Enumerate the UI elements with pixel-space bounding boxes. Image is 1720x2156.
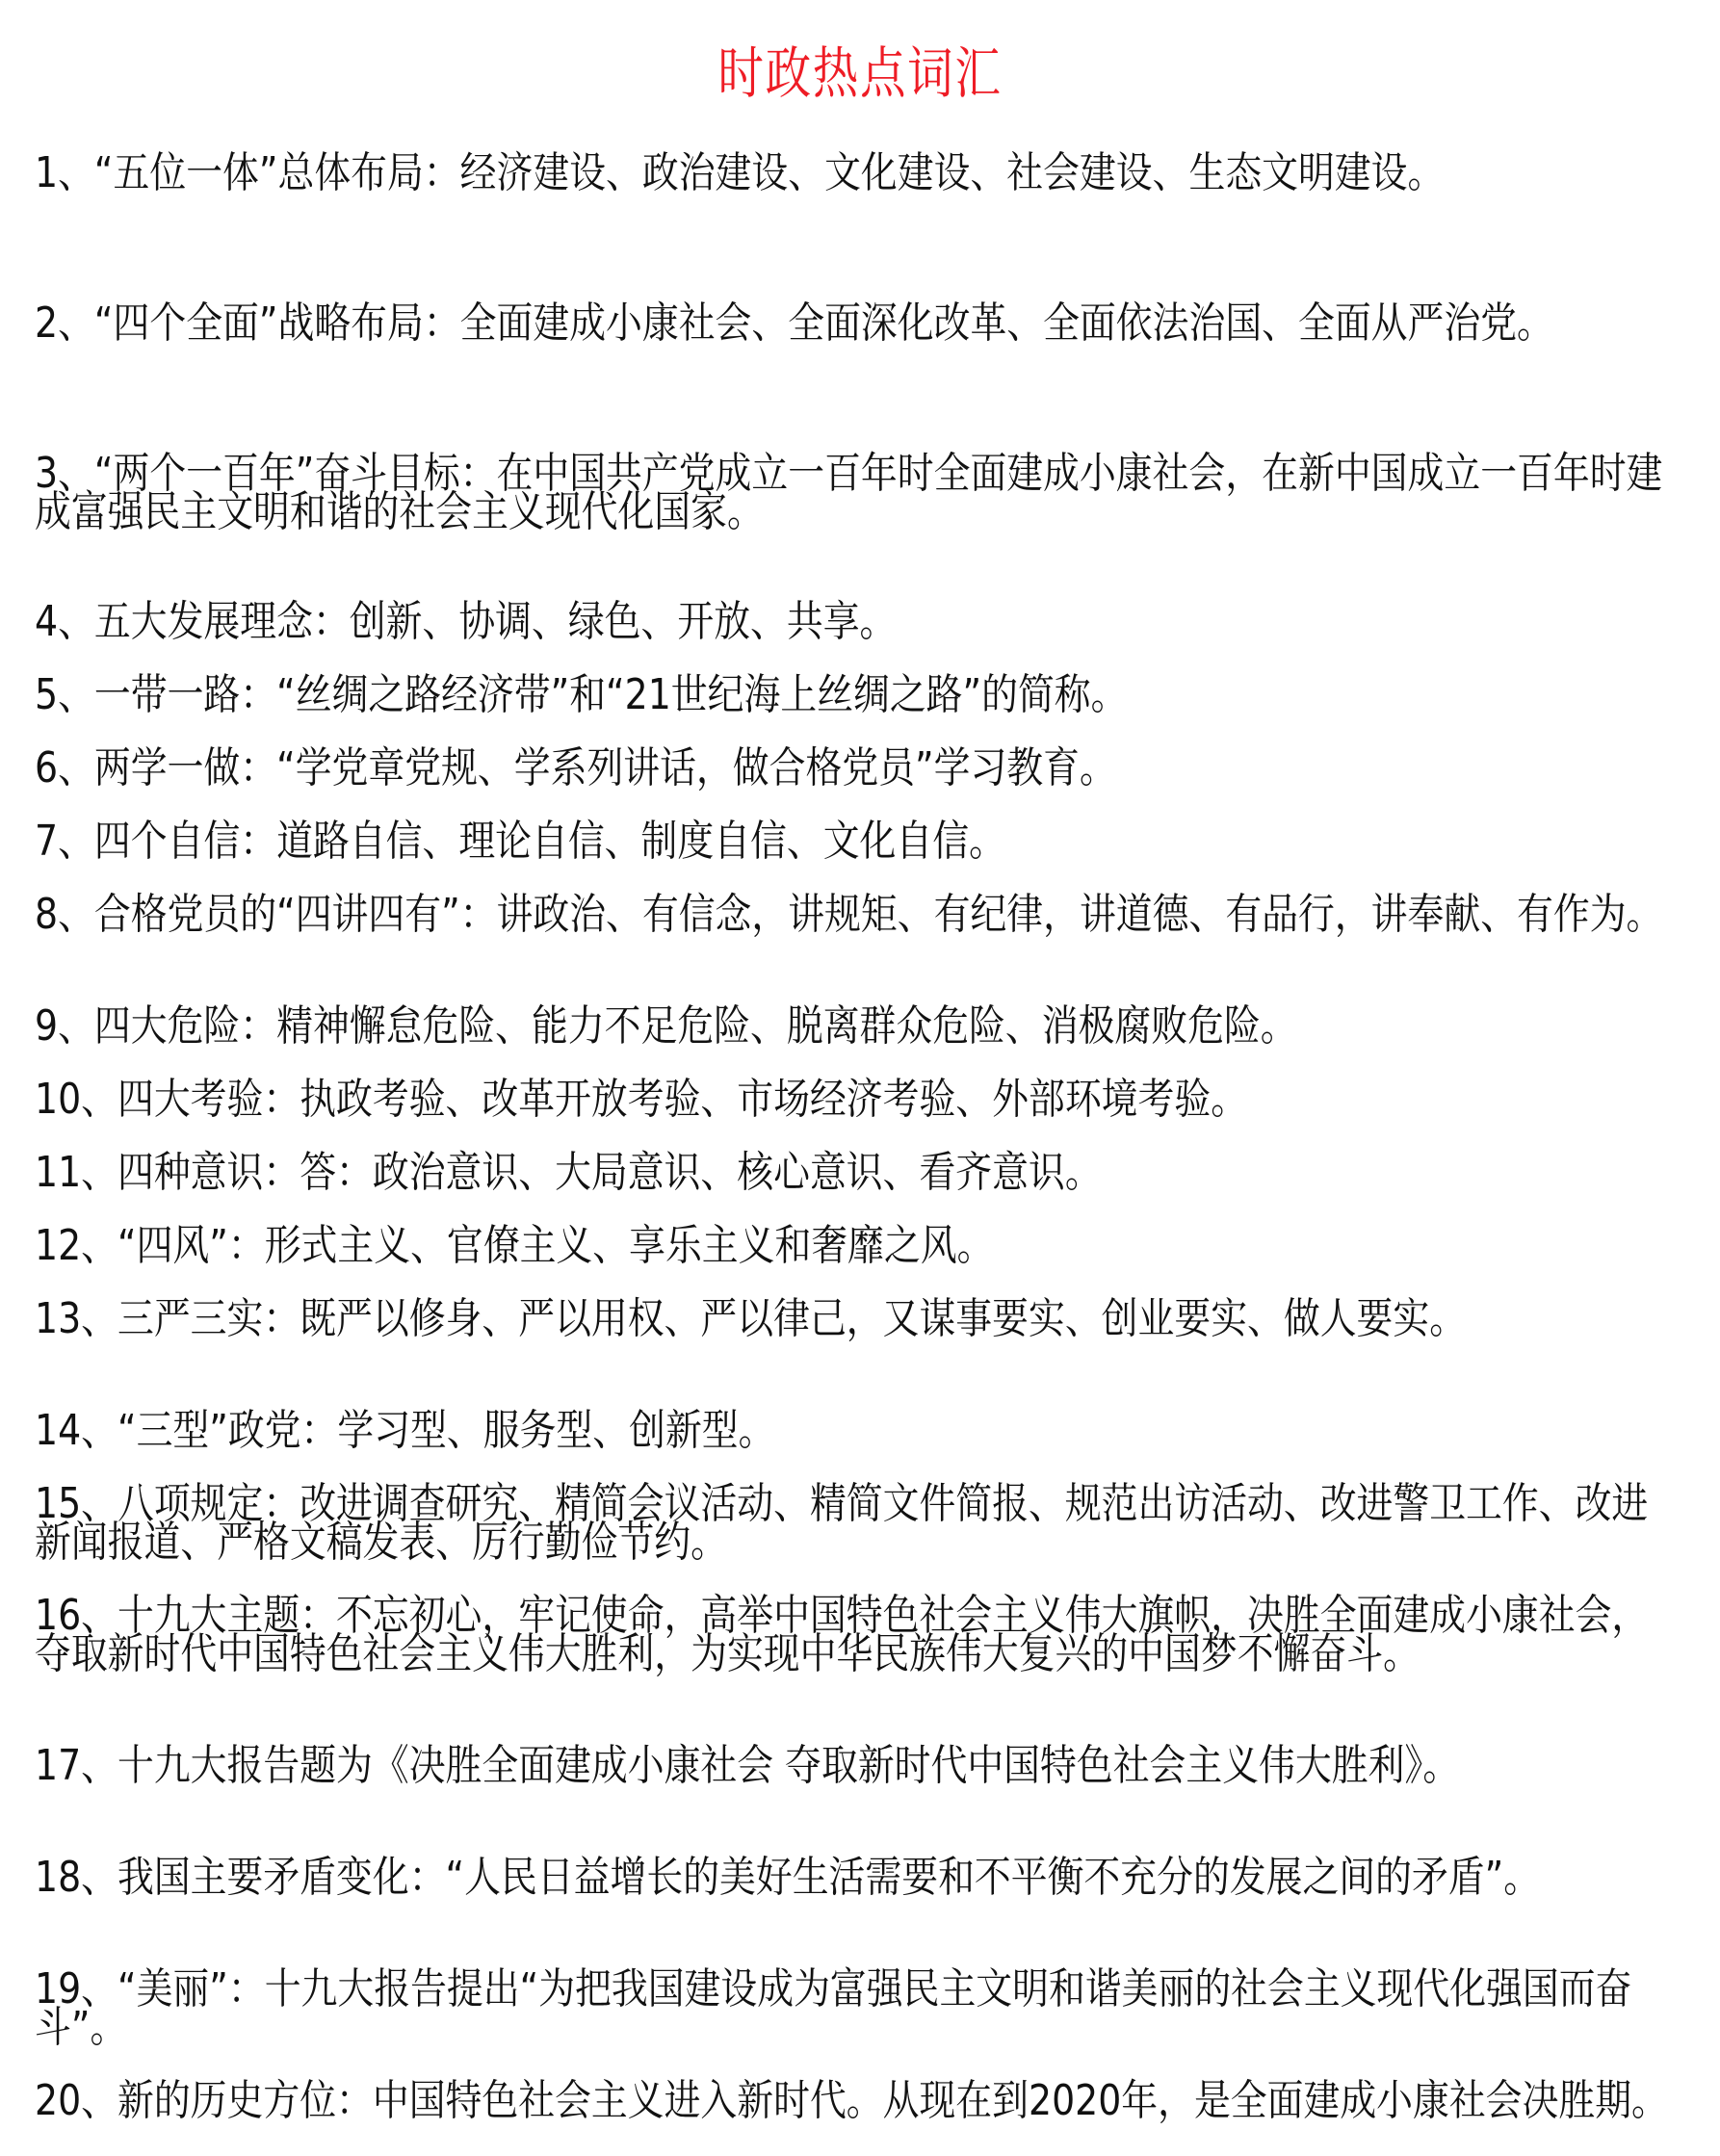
item-text: 4、五大发展理念：创新、协调、绿色、开放、共享。 — [35, 603, 1678, 641]
item-text: 1、“五位一体”总体布局：经济建设、政治建设、文化建设、社会建设、生态文明建设。 — [35, 154, 1678, 193]
item-text: 20、新的历史方位：中国特色社会主义进入新时代。从现在到2020年，是全面建成小… — [35, 2082, 1678, 2120]
item-text: 11、四种意识：答：政治意识、大局意识、核心意识、看齐意识。 — [35, 1154, 1678, 1192]
list-item-18: 18、我国主要矛盾变化：“人民日益增长的美好生活需要和不平衡不充分的发展之间的矛… — [35, 1858, 1681, 1897]
item-text: 9、四大危险：精神懈怠危险、能力不足危险、脱离群众危险、消极腐败危险。 — [35, 1007, 1678, 1046]
list-item-13: 13、三严三实：既严以修身、严以用权、严以律己，又谋事要实、创业要实、做人要实。 — [35, 1300, 1681, 1338]
item-text: 2、“四个全面”战略布局：全面建成小康社会、全面深化改革、全面依法治国、全面从严… — [35, 304, 1678, 343]
list-item-12: 12、“四风”：形式主义、官僚主义、享乐主义和奢靡之风。 — [35, 1227, 1681, 1265]
item-text: 12、“四风”：形式主义、官僚主义、享乐主义和奢靡之风。 — [35, 1227, 1678, 1265]
item-text: 18、我国主要矛盾变化：“人民日益增长的美好生活需要和不平衡不充分的发展之间的矛… — [35, 1858, 1678, 1897]
list-item-10: 10、四大考验：执政考验、改革开放考验、市场经济考验、外部环境考验。 — [35, 1080, 1681, 1119]
list-item-15: 15、八项规定：改进调查研究、精简会议活动、精简文件简报、规范出访活动、改进警卫… — [35, 1485, 1681, 1562]
item-text: 15、八项规定：改进调查研究、精简会议活动、精简文件简报、规范出访活动、改进警卫… — [35, 1485, 1678, 1562]
list-item-3: 3、“两个一百年”奋斗目标：在中国共产党成立一百年时全面建成小康社会，在新中国成… — [35, 455, 1681, 532]
list-item-8: 8、合格党员的“四讲四有”：讲政治、有信念，讲规矩、有纪律，讲道德、有品行，讲奉… — [35, 896, 1681, 934]
item-text: 19、“美丽”：十九大报告提出“为把我国建设成为富强民主文明和谐美丽的社会主义现… — [35, 1970, 1678, 2047]
list-item-6: 6、两学一做：“学党章党规、学系列讲话，做合格党员”学习教育。 — [35, 749, 1681, 788]
item-text: 3、“两个一百年”奋斗目标：在中国共产党成立一百年时全面建成小康社会，在新中国成… — [35, 455, 1678, 532]
page-title: 时政热点词汇 — [155, 39, 1566, 108]
list-item-16: 16、十九大主题：不忘初心，牢记使命，高举中国特色社会主义伟大旗帜，决胜全面建成… — [35, 1597, 1681, 1674]
list-item-11: 11、四种意识：答：政治意识、大局意识、核心意识、看齐意识。 — [35, 1154, 1681, 1192]
item-text: 17、十九大报告题为《决胜全面建成小康社会 夺取新时代中国特色社会主义伟大胜利》… — [35, 1747, 1678, 1785]
item-text: 8、合格党员的“四讲四有”：讲政治、有信念，讲规矩、有纪律，讲道德、有品行，讲奉… — [35, 896, 1678, 934]
list-item-17: 17、十九大报告题为《决胜全面建成小康社会 夺取新时代中国特色社会主义伟大胜利》… — [35, 1747, 1681, 1785]
list-item-4: 4、五大发展理念：创新、协调、绿色、开放、共享。 — [35, 603, 1681, 641]
list-item-19: 19、“美丽”：十九大报告提出“为把我国建设成为富强民主文明和谐美丽的社会主义现… — [35, 1970, 1681, 2047]
item-text: 10、四大考验：执政考验、改革开放考验、市场经济考验、外部环境考验。 — [35, 1080, 1678, 1119]
list-item-5: 5、一带一路：“丝绸之路经济带”和“21世纪海上丝绸之路”的简称。 — [35, 676, 1681, 714]
list-item-20: 20、新的历史方位：中国特色社会主义进入新时代。从现在到2020年，是全面建成小… — [35, 2082, 1681, 2120]
list-item-1: 1、“五位一体”总体布局：经济建设、政治建设、文化建设、社会建设、生态文明建设。 — [35, 154, 1681, 193]
item-text: 14、“三型”政党：学习型、服务型、创新型。 — [35, 1412, 1678, 1450]
item-text: 7、四个自信：道路自信、理论自信、制度自信、文化自信。 — [35, 822, 1678, 861]
list-item-7: 7、四个自信：道路自信、理论自信、制度自信、文化自信。 — [35, 822, 1681, 861]
item-text: 6、两学一做：“学党章党规、学系列讲话，做合格党员”学习教育。 — [35, 749, 1678, 788]
list-item-14: 14、“三型”政党：学习型、服务型、创新型。 — [35, 1412, 1681, 1450]
item-text: 13、三严三实：既严以修身、严以用权、严以律己，又谋事要实、创业要实、做人要实。 — [35, 1300, 1678, 1338]
list-item-2: 2、“四个全面”战略布局：全面建成小康社会、全面深化改革、全面依法治国、全面从严… — [35, 304, 1681, 343]
list-item-9: 9、四大危险：精神懈怠危险、能力不足危险、脱离群众危险、消极腐败危险。 — [35, 1007, 1681, 1046]
item-text: 16、十九大主题：不忘初心，牢记使命，高举中国特色社会主义伟大旗帜，决胜全面建成… — [35, 1597, 1678, 1674]
item-text: 5、一带一路：“丝绸之路经济带”和“21世纪海上丝绸之路”的简称。 — [35, 676, 1678, 714]
